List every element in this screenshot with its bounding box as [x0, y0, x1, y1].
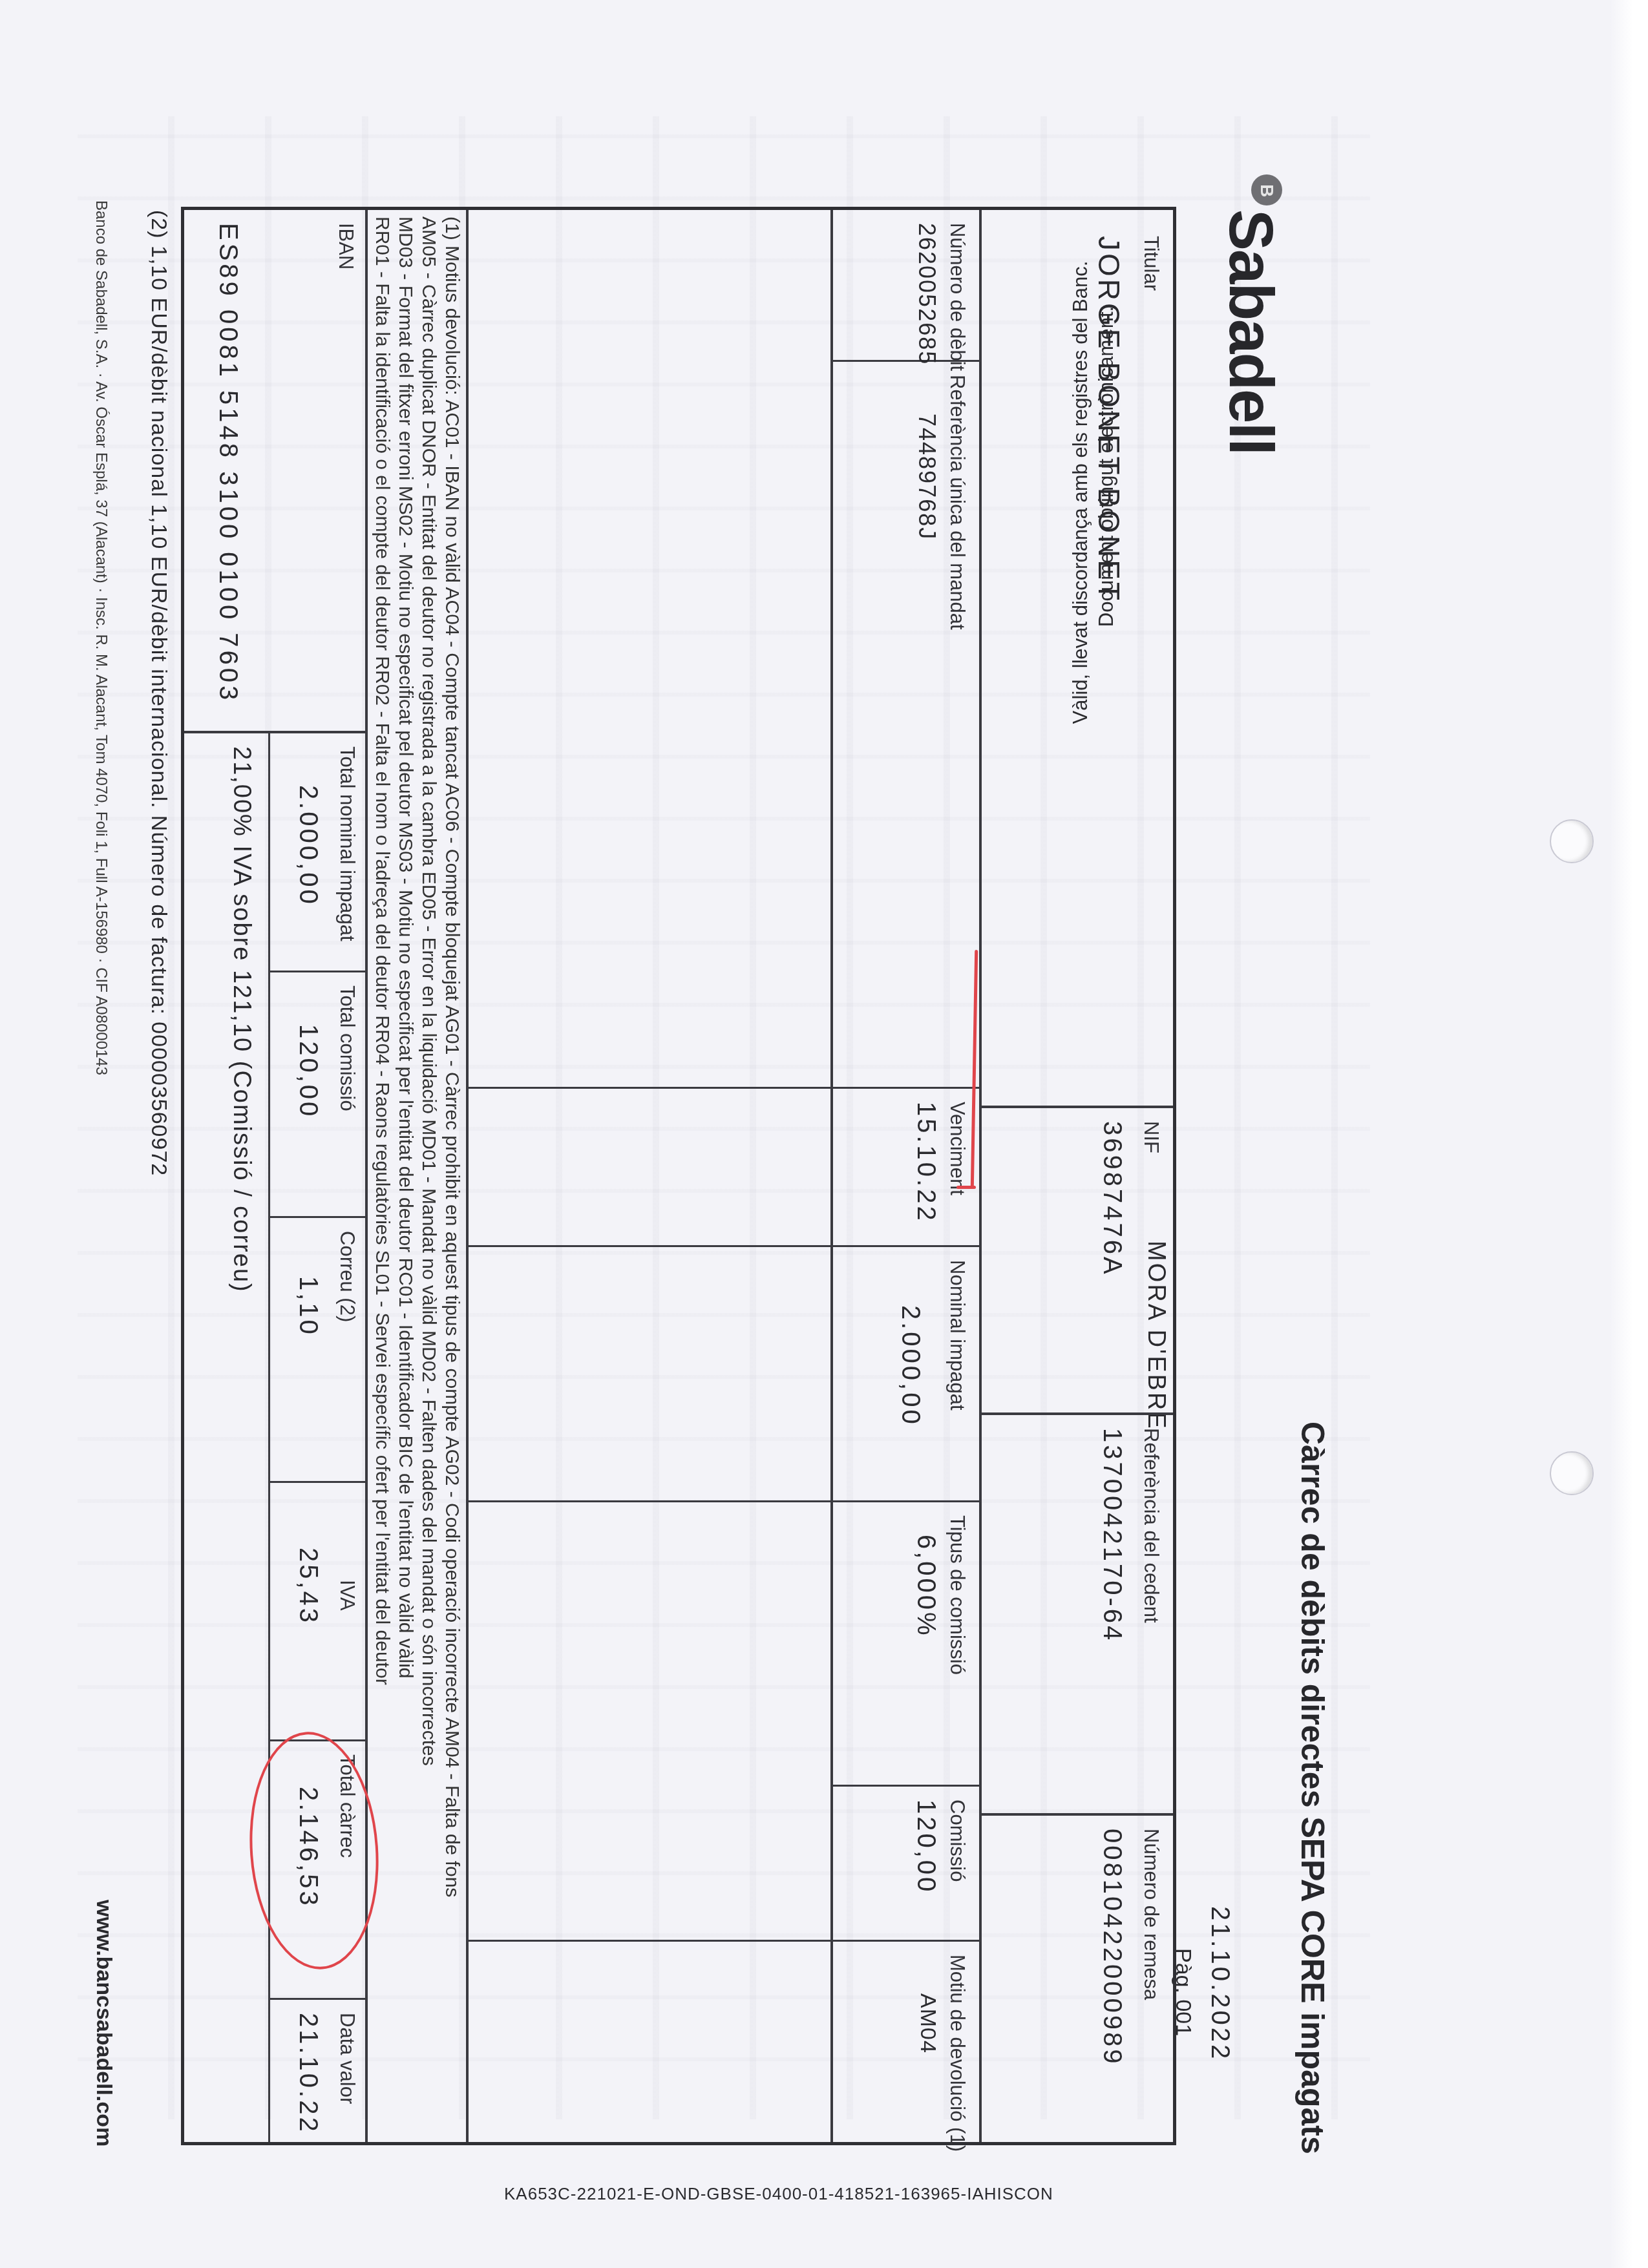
- comissio-label: Comissió: [945, 1800, 969, 1882]
- cell-motiu-devolucio: Motiu de devolució (1) AM04: [830, 1942, 979, 2142]
- cell-total-nominal: Total nominal impagat 2.000,00: [268, 733, 365, 972]
- cell-iva: IVA 25,43: [268, 1483, 365, 1741]
- cell-titular: Titular JORGE BONET BONET: [979, 210, 1173, 1108]
- venciment-label: Venciment: [945, 1102, 969, 1195]
- referencia-cedent-value: 1370042170-64: [1097, 1428, 1126, 1643]
- tipus-comissio-label: Tipus de comissió: [945, 1515, 969, 1675]
- referencia-mandat-value: 74489768J: [913, 414, 940, 540]
- cell-nominal-impagat: Nominal impagat 2.000,00: [830, 1247, 979, 1502]
- numero-debit-label: Número de dèbit: [945, 223, 969, 371]
- iban-value: ES89 0081 5148 3100 0100 7603: [213, 223, 242, 703]
- document-date: 21.10.2022: [1205, 1906, 1234, 2061]
- legend-line: (1) Motius devolució: AC01 - IBAN no vàl…: [440, 216, 463, 1897]
- pen-tick-venciment: [956, 1186, 976, 1189]
- return-reasons-legend: (1) Motius devolució: AC01 - IBAN no vàl…: [365, 210, 469, 2142]
- iva-label: IVA: [335, 1580, 359, 1611]
- venciment-value: 15.10.22: [911, 1102, 940, 1223]
- legend-line: RR01 - Falta la identificació o el compt…: [370, 216, 394, 1685]
- referencia-mandat-label: Referència única del mandat: [945, 375, 969, 630]
- cell-iban: IBAN ES89 0081 5148 3100 0100 7603: [184, 210, 365, 733]
- referencia-cedent-label: Referència del cedent: [1139, 1428, 1163, 1623]
- total-comissio-label: Total comissió: [335, 985, 359, 1111]
- iban-label: IBAN: [334, 223, 357, 269]
- cell-numero-debit: Número de dèbit 2620052685: [830, 210, 979, 362]
- legend-line: MD03 - Format del fitxer erroni MS02 - M…: [394, 216, 417, 1679]
- titular-label: Titular: [1139, 236, 1163, 291]
- legend-line: AM05 - Càrrec duplicat DNOR - Entitat de…: [417, 216, 440, 1766]
- legal-footer: Banco de Sabadell, S.A. · Av. Óscar Espl…: [92, 200, 110, 1075]
- cell-referencia-mandat: Referència única del mandat 74489768J: [830, 362, 979, 1089]
- document-title: Càrrec de dèbits directes SEPA CORE impa…: [1294, 1422, 1331, 2154]
- nif-label: NIF: [1139, 1121, 1163, 1153]
- correu-value: 1,10: [293, 1276, 322, 1337]
- data-valor-value: 21.10.22: [293, 2013, 322, 2134]
- cell-venciment: Venciment 15.10.22: [830, 1089, 979, 1247]
- document-code: KA653C-221021-E-OND-GBSE-0400-01-418521-…: [504, 2184, 1053, 2204]
- iva-note: 21,00% IVA sobre 121,10 (Comissió / corr…: [227, 746, 255, 1293]
- tipus-comissio-value: 6,000%: [911, 1535, 940, 1638]
- blank-cell: [469, 1502, 830, 1942]
- titular-value: JORGE BONET BONET: [1092, 236, 1126, 603]
- blank-cell: [469, 1089, 830, 1247]
- cell-comissio: Comissió 120,00: [830, 1787, 979, 1942]
- bank-logo: BSabadell: [1215, 174, 1286, 454]
- cell-nif: NIF 36987476A: [979, 1108, 1173, 1415]
- motiu-devolucio-value: AM04: [915, 1993, 940, 2053]
- nominal-impagat-value: 2.000,00: [896, 1305, 925, 1427]
- data-valor-label: Data valor: [335, 2013, 359, 2104]
- footnote-correu: (2) 1,10 EUR/dèbit nacional 1,10 EUR/dèb…: [146, 210, 171, 1176]
- cell-numero-remesa: Número de remesa 00810422000989: [979, 1816, 1173, 2142]
- nominal-impagat-label: Nominal impagat: [945, 1260, 969, 1411]
- bank-name: Sabadell: [1216, 209, 1285, 454]
- rotated-document-page: Document obtingut electrònicament. Vàlid…: [0, 0, 1648, 2268]
- cell-data-valor: Data valor 21.10.22: [268, 2000, 365, 2142]
- iva-value: 25,43: [293, 1548, 322, 1625]
- blank-cell: [469, 1247, 830, 1502]
- total-nominal-label: Total nominal impagat: [335, 746, 359, 941]
- comissio-value: 120,00: [911, 1800, 940, 1894]
- numero-remesa-label: Número de remesa: [1139, 1829, 1163, 2000]
- bank-logo-mark-icon: B: [1251, 174, 1282, 205]
- numero-remesa-value: 00810422000989: [1097, 1829, 1126, 2066]
- cell-tipus-comissio: Tipus de comissió 6,000%: [830, 1502, 979, 1787]
- bank-website-link[interactable]: www.bancsabadell.com: [91, 1900, 116, 2147]
- blank-cell: [469, 210, 830, 1089]
- cell-referencia-cedent: Referència del cedent 1370042170-64: [979, 1415, 1173, 1816]
- correu-label: Correu (2): [335, 1231, 359, 1322]
- total-comissio-value: 120,00: [293, 1024, 322, 1118]
- numero-debit-value: 2620052685: [913, 223, 940, 365]
- cell-total-comissio: Total comissió 120,00: [268, 972, 365, 1218]
- motiu-devolucio-label: Motiu de devolució (1): [945, 1955, 969, 2152]
- cell-correu: Correu (2) 1,10: [268, 1218, 365, 1483]
- nif-value: 36987476A: [1097, 1121, 1126, 1277]
- total-nominal-value: 2.000,00: [293, 785, 322, 907]
